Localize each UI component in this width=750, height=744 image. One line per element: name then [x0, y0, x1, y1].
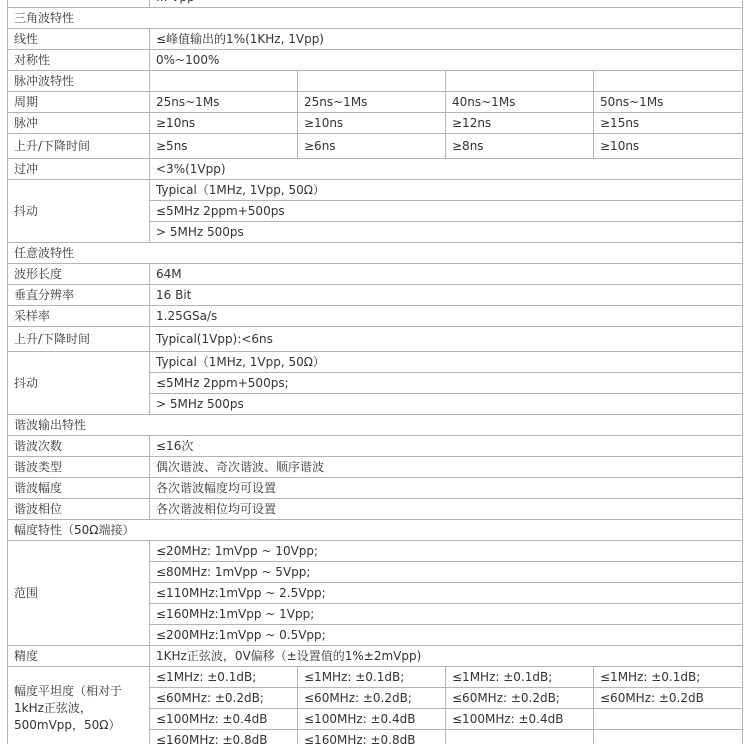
cell	[594, 709, 743, 730]
section-title: 谐波输出特性	[8, 415, 743, 436]
cell	[594, 730, 743, 744]
row-value: ≤峰值输出的1%(1KHz, 1Vpp)	[150, 29, 743, 50]
row-value: Typical（1MHz, 1Vpp, 50Ω）	[150, 352, 743, 373]
cell: ≥10ns	[594, 134, 743, 159]
table-row: 线性 ≤峰值输出的1%(1KHz, 1Vpp)	[8, 29, 743, 50]
table-row: 上升/下降时间 Typical(1Vpp):<6ns	[8, 327, 743, 352]
cell: ≤160MHz: ±0.8dB	[298, 730, 446, 744]
cell: ≥15ns	[594, 113, 743, 134]
table-row: 上升/下降时间 ≥5ns ≥6ns ≥8ns ≥10ns	[8, 134, 743, 159]
cell: 50ns~1Ms	[594, 92, 743, 113]
row-value: ≤200MHz:1mVpp ~ 0.5Vpp;	[150, 625, 743, 646]
table-row: 对称性 0%~100%	[8, 50, 743, 71]
row-value: <3%(1Vpp)	[150, 159, 743, 180]
table-row: 谐波类型 偶次谐波、奇次谐波、顺序谐波	[8, 457, 743, 478]
cell: ≤1MHz: ±0.1dB;	[150, 667, 298, 688]
row-label: 垂直分辨率	[8, 285, 150, 306]
table-row: 抖动 Typical（1MHz, 1Vpp, 50Ω）	[8, 180, 743, 201]
cell: 25ns~1Ms	[298, 92, 446, 113]
row-label: 精度	[8, 646, 150, 667]
empty-cell	[150, 71, 298, 92]
table-row: 谐波次数 ≤16次	[8, 436, 743, 457]
row-value: ≤5MHz 2ppm+500ps;	[150, 373, 743, 394]
row-label: 周期	[8, 92, 150, 113]
table-row: 脉冲 ≥10ns ≥10ns ≥12ns ≥15ns	[8, 113, 743, 134]
spec-table: ... Vpp 三角波特性 线性 ≤峰值输出的1%(1KHz, 1Vpp) 对称…	[7, 0, 743, 744]
table-row: ... Vpp	[8, 0, 743, 8]
section-title: 任意波特性	[8, 243, 743, 264]
section-title: 幅度特性（50Ω端接）	[8, 520, 743, 541]
row-label: 谐波幅度	[8, 478, 150, 499]
section-title: 脉冲波特性	[8, 71, 150, 92]
cell: ≤60MHz: ±0.2dB;	[446, 688, 594, 709]
row-label: 波形长度	[8, 264, 150, 285]
row-label: 幅度平坦度（相对于1kHz正弦波，500mVpp，50Ω）	[8, 667, 150, 744]
cell: ≤60MHz: ±0.2dB;	[150, 688, 298, 709]
row-label: 抖动	[8, 180, 150, 243]
table-row: 范围 ≤20MHz: 1mVpp ~ 10Vpp;	[8, 541, 743, 562]
cell: ≤60MHz: ±0.2dB;	[298, 688, 446, 709]
row-label: 上升/下降时间	[8, 134, 150, 159]
row-value: 0%~100%	[150, 50, 743, 71]
section-header-arb: 任意波特性	[8, 243, 743, 264]
cell: ≤1MHz: ±0.1dB;	[594, 667, 743, 688]
row-label: 谐波次数	[8, 436, 150, 457]
section-header-amplitude: 幅度特性（50Ω端接）	[8, 520, 743, 541]
cell: 40ns~1Ms	[446, 92, 594, 113]
table-row: 垂直分辨率 16 Bit	[8, 285, 743, 306]
table-row: 采样率 1.25GSa/s	[8, 306, 743, 327]
row-value: ≤16次	[150, 436, 743, 457]
cell: 25ns~1Ms	[150, 92, 298, 113]
cell: ≥5ns	[150, 134, 298, 159]
empty-cell	[298, 71, 446, 92]
row-value: 16 Bit	[150, 285, 743, 306]
row-label: 线性	[8, 29, 150, 50]
row-value: ≤80MHz: 1mVpp ~ 5Vpp;	[150, 562, 743, 583]
row-label: 谐波类型	[8, 457, 150, 478]
row-value: Typical（1MHz, 1Vpp, 50Ω）	[150, 180, 743, 201]
cell: ≤1MHz: ±0.1dB;	[446, 667, 594, 688]
section-header-triangle: 三角波特性	[8, 8, 743, 29]
table-row: 周期 25ns~1Ms 25ns~1Ms 40ns~1Ms 50ns~1Ms	[8, 92, 743, 113]
row-value: > 5MHz 500ps	[150, 222, 743, 243]
row-value: ≤20MHz: 1mVpp ~ 10Vpp;	[150, 541, 743, 562]
row-label: 采样率	[8, 306, 150, 327]
cell: ≥8ns	[446, 134, 594, 159]
cell: ≥10ns	[150, 113, 298, 134]
row-label: 过冲	[8, 159, 150, 180]
row-label: 谐波相位	[8, 499, 150, 520]
row-label	[8, 0, 150, 8]
cell: ≥6ns	[298, 134, 446, 159]
row-label: 范围	[8, 541, 150, 646]
table-row: 波形长度 64M	[8, 264, 743, 285]
table-row: 抖动 Typical（1MHz, 1Vpp, 50Ω）	[8, 352, 743, 373]
row-value: ... Vpp	[150, 0, 743, 8]
cell: ≤100MHz: ±0.4dB	[150, 709, 298, 730]
cell	[446, 730, 594, 744]
cell: ≤100MHz: ±0.4dB	[298, 709, 446, 730]
row-value: 各次谐波幅度均可设置	[150, 478, 743, 499]
row-label: 上升/下降时间	[8, 327, 150, 352]
row-label: 对称性	[8, 50, 150, 71]
row-value: ≤160MHz:1mVpp ~ 1Vpp;	[150, 604, 743, 625]
cell: ≤1MHz: ±0.1dB;	[298, 667, 446, 688]
empty-cell	[446, 71, 594, 92]
table-row: 谐波相位 各次谐波相位均可设置	[8, 499, 743, 520]
table-row: 过冲 <3%(1Vpp)	[8, 159, 743, 180]
row-value: ≤110MHz:1mVpp ~ 2.5Vpp;	[150, 583, 743, 604]
cell: ≥12ns	[446, 113, 594, 134]
row-value: ≤5MHz 2ppm+500ps	[150, 201, 743, 222]
row-value: 1.25GSa/s	[150, 306, 743, 327]
row-value: 64M	[150, 264, 743, 285]
section-header-pulse: 脉冲波特性	[8, 71, 743, 92]
row-value: 各次谐波相位均可设置	[150, 499, 743, 520]
table-row: 幅度平坦度（相对于1kHz正弦波，500mVpp，50Ω） ≤1MHz: ±0.…	[8, 667, 743, 688]
row-value: Typical(1Vpp):<6ns	[150, 327, 743, 352]
cell: ≤100MHz: ±0.4dB	[446, 709, 594, 730]
row-value: 偶次谐波、奇次谐波、顺序谐波	[150, 457, 743, 478]
table-row: 精度 1KHz正弦波，0V偏移（±设置值的1%±2mVpp)	[8, 646, 743, 667]
empty-cell	[594, 71, 743, 92]
cell: ≥10ns	[298, 113, 446, 134]
cell: ≤60MHz: ±0.2dB	[594, 688, 743, 709]
row-label: 脉冲	[8, 113, 150, 134]
row-label: 抖动	[8, 352, 150, 415]
table-row: 谐波幅度 各次谐波幅度均可设置	[8, 478, 743, 499]
row-value: 1KHz正弦波，0V偏移（±设置值的1%±2mVpp)	[150, 646, 743, 667]
cell: ≤160MHz: ±0.8dB	[150, 730, 298, 744]
section-header-harmonic: 谐波输出特性	[8, 415, 743, 436]
section-title: 三角波特性	[8, 8, 743, 29]
row-value: > 5MHz 500ps	[150, 394, 743, 415]
